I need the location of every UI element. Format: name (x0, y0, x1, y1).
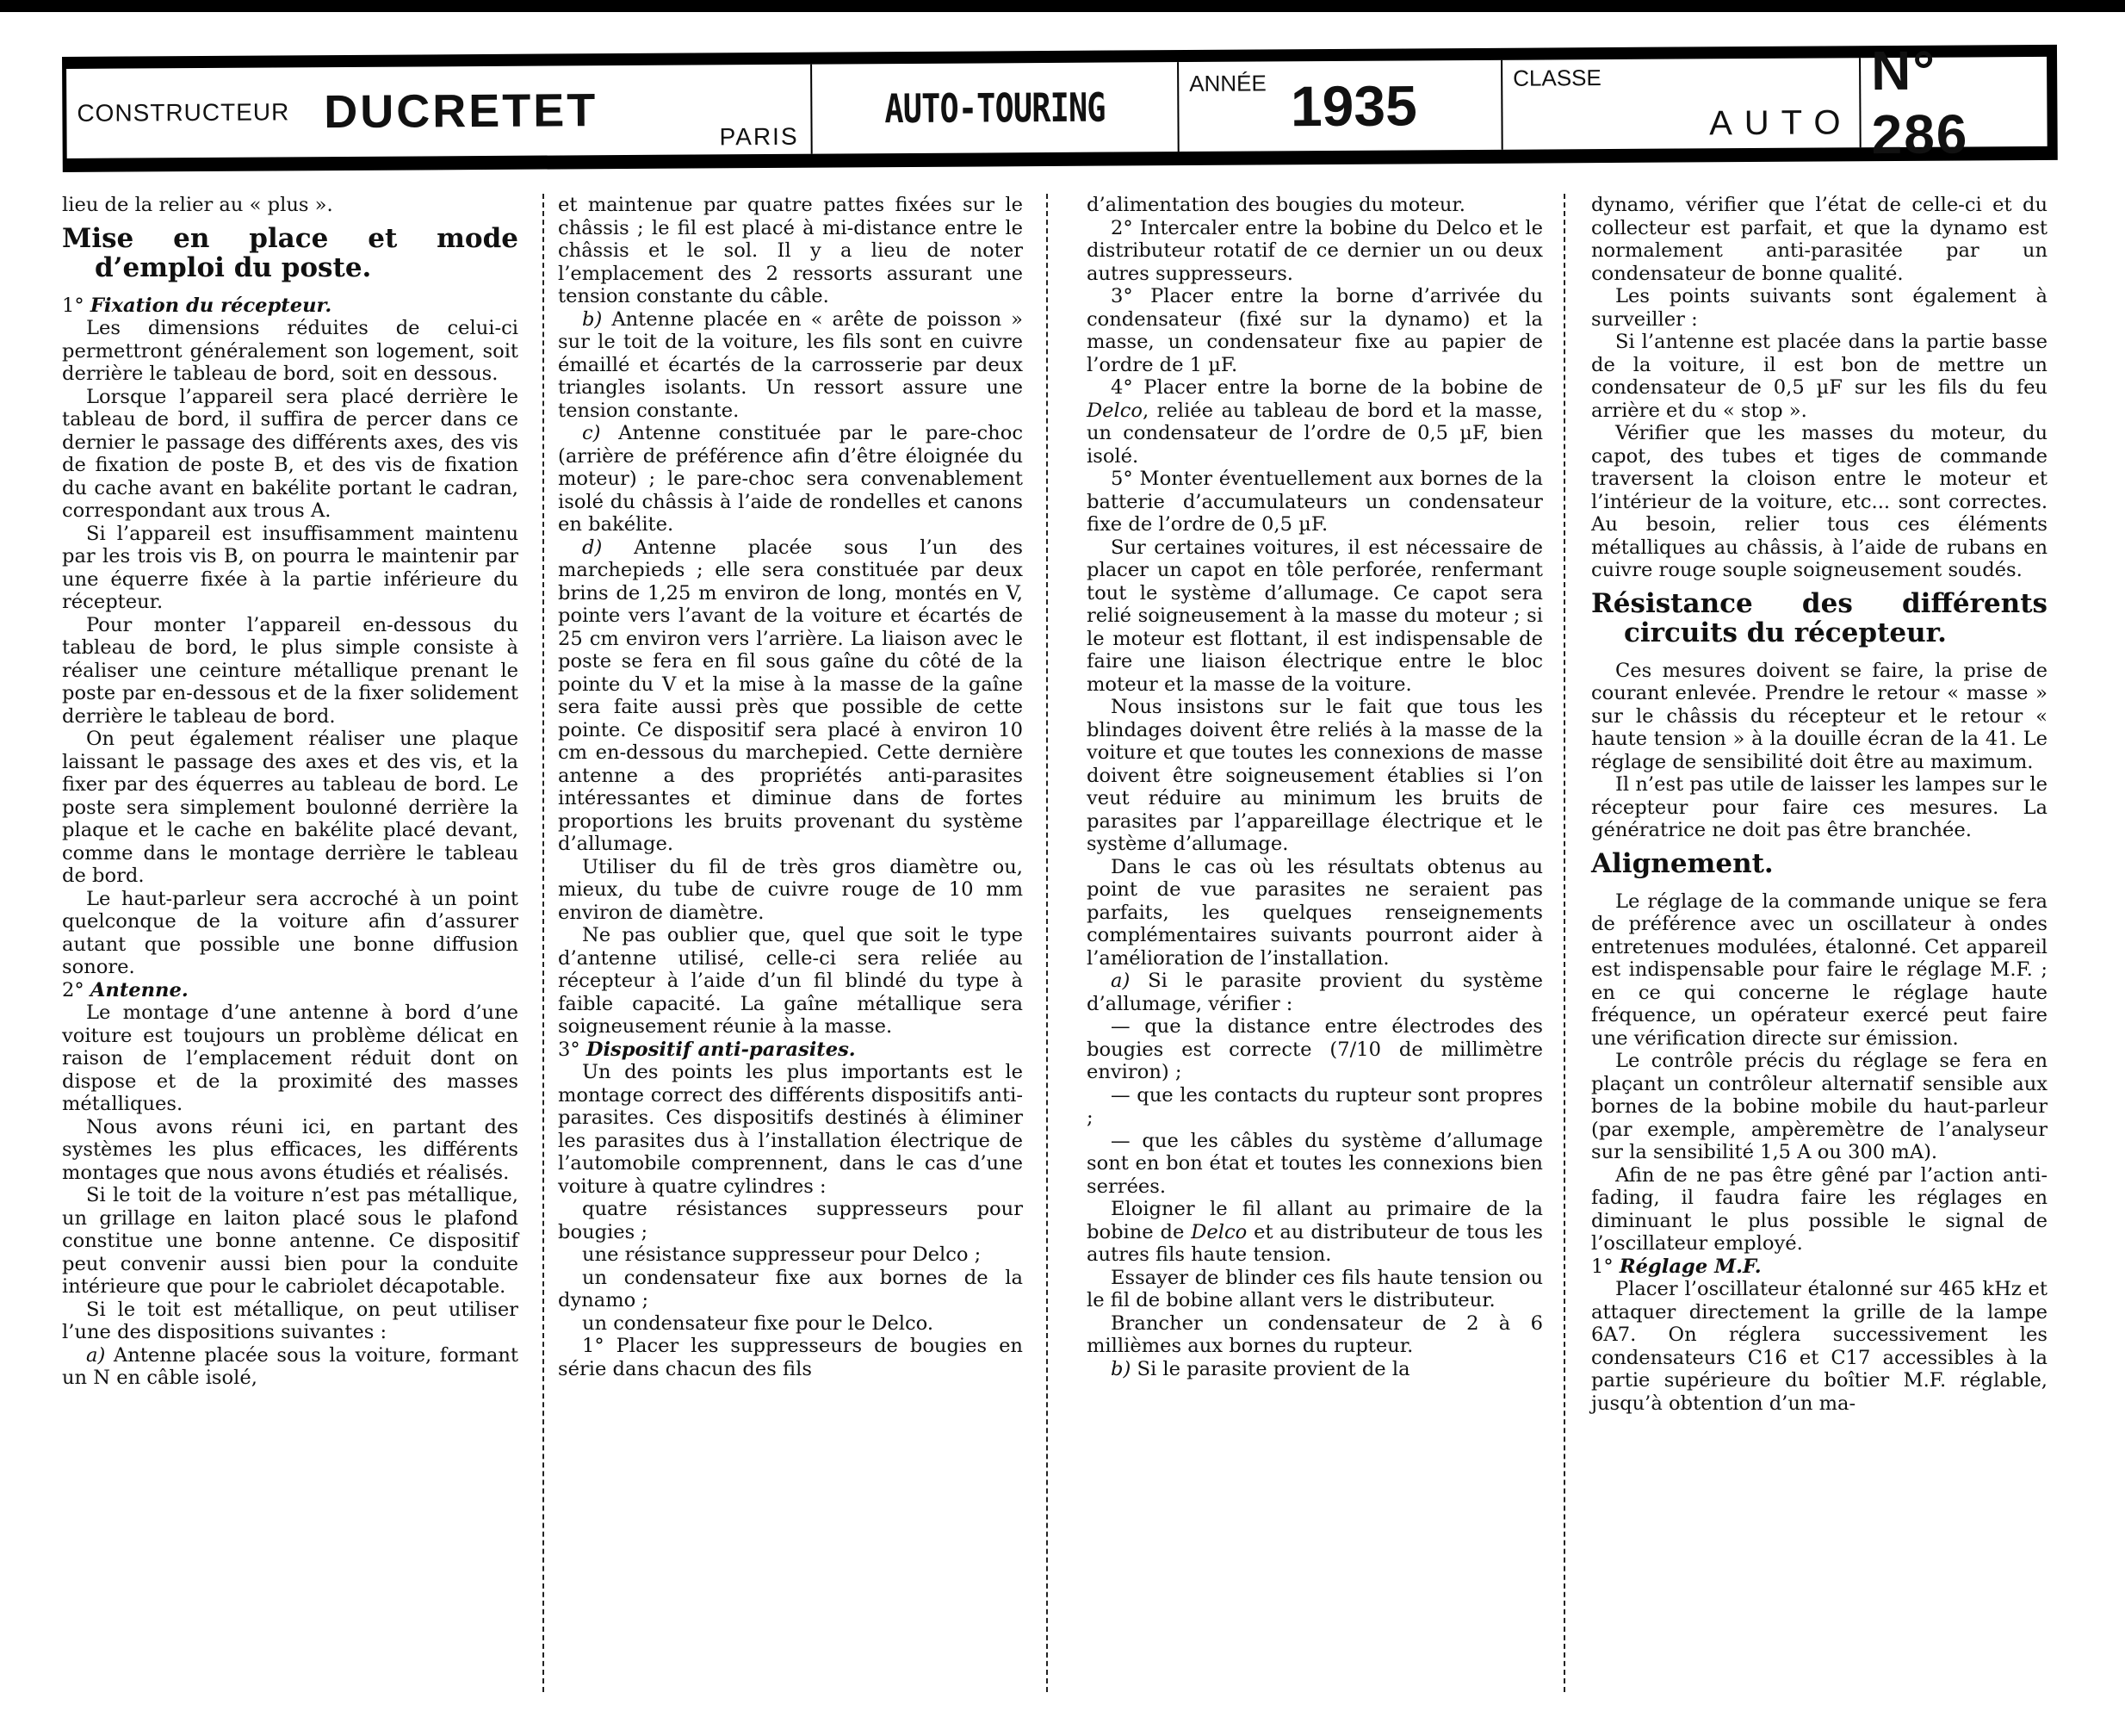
subsection-title: 1° Réglage M.F. (1591, 1255, 2048, 1279)
section-heading-mise-en-place: Mise en place et mode d’emploi du poste. (62, 224, 518, 282)
paragraph: Brancher un condensateur de 2 à 6 milliè… (1087, 1312, 1543, 1358)
list-item: — que la distance entre électrodes des b… (1087, 1015, 1543, 1084)
document-number: N° 286 (1871, 38, 2037, 166)
top-border (0, 0, 2125, 12)
column-3: d’alimentation des bougies du moteur. 2°… (1087, 194, 1543, 1380)
annee-label: ANNÉE (1189, 70, 1267, 97)
paragraph: Le réglage de la commande unique se fera… (1591, 890, 2048, 1051)
paragraph: Utiliser du fil de très gros diamètre ou… (558, 856, 1023, 925)
document-header: CONSTRUCTEUR DUCRETET PARIS AUTO-TOURING… (62, 45, 2058, 172)
section-heading-alignement: Alignement. (1591, 849, 2048, 878)
paragraph: 1° Placer les suppresseurs de bougies en… (558, 1335, 1023, 1380)
paragraph: 5° Monter éventuellement aux bornes de l… (1087, 468, 1543, 536)
model-name: AUTO-TOURING (884, 84, 1106, 133)
list-item: un condensateur fixe aux bornes de la dy… (558, 1267, 1023, 1312)
classe-label: CLASSE (1513, 65, 1601, 92)
paragraph: Il n’est pas utile de laisser les lampes… (1591, 773, 2048, 842)
paragraph: a) Si le parasite provient du système d’… (1087, 970, 1543, 1015)
paragraph: Sur certaines voitures, il est nécessair… (1087, 536, 1543, 697)
year-value: 1935 (1291, 72, 1417, 139)
column-1: lieu de la relier au « plus ». Mise en p… (62, 194, 518, 1390)
constructeur-label: CONSTRUCTEUR (77, 98, 289, 127)
paragraph: Placer l’oscillateur étalonné sur 465 kH… (1591, 1278, 2048, 1415)
paragraph: 2° Intercaler entre la bobine du Delco e… (1087, 217, 1543, 286)
paragraph: Le haut-parleur sera accroché à un point… (62, 888, 518, 979)
paragraph: Vérifier que les masses du moteur, du ca… (1591, 422, 2048, 582)
paragraph: Dans le cas où les résultats obtenus au … (1087, 856, 1543, 970)
paragraph: Ne pas oublier que, quel que soit le typ… (558, 924, 1023, 1038)
list-item: un condensateur fixe pour le Delco. (558, 1312, 1023, 1336)
brand-name: DUCRETET (324, 84, 598, 139)
column-divider (1564, 194, 1565, 1692)
paragraph: dynamo, vérifier que l’état de celle-ci … (1591, 194, 2048, 285)
paragraph: Le contrôle précis du réglage se fera en… (1591, 1050, 2048, 1164)
paragraph: Lorsque l’appareil sera placé derrière l… (62, 386, 518, 523)
paragraph: d’alimentation des bougies du moteur. (1087, 194, 1543, 217)
paragraph: a) Antenne placée sous la voiture, forma… (62, 1344, 518, 1390)
paragraph: Un des points les plus importants est le… (558, 1061, 1023, 1198)
paragraph: Afin de ne pas être gêné par l’action an… (1591, 1164, 2048, 1255)
subsection-title: 2° Antenne. (62, 979, 518, 1002)
paragraph: Si l’appareil est insuffisamment mainten… (62, 523, 518, 614)
paragraph: Les points suivants sont également à sur… (1591, 285, 2048, 331)
paragraph: Pour monter l’appareil en-dessous du tab… (62, 614, 518, 728)
article-body: lieu de la relier au « plus ». Mise en p… (60, 194, 2058, 1709)
column-2: et maintenue par quatre pattes fixées su… (558, 194, 1023, 1380)
paragraph: Si le toit de la voiture n’est pas métal… (62, 1184, 518, 1299)
paragraph: d) Antenne placée sous l’un des marchepi… (558, 536, 1023, 856)
paragraph: et maintenue par quatre pattes fixées su… (558, 194, 1023, 308)
paragraph: Essayer de blinder ces fils haute tensio… (1087, 1267, 1543, 1312)
list-item: — que les câbles du système d’allumage s… (1087, 1130, 1543, 1199)
subsection-title: 3° Dispositif anti-parasites. (558, 1038, 1023, 1062)
classe-value: AUTO (1709, 103, 1853, 143)
paragraph: 4° Placer entre la borne de la bobine de… (1087, 376, 1543, 468)
list-item: une résistance suppresseur pour Delco ; (558, 1243, 1023, 1267)
column-divider (1046, 194, 1048, 1692)
paragraph: Les dimensions réduites de celui-ci perm… (62, 317, 518, 386)
paragraph: b) Si le parasite provient de la (1087, 1358, 1543, 1381)
year-cell: ANNÉE 1935 (1179, 60, 1503, 152)
paragraph: On peut également réaliser une plaque la… (62, 728, 518, 888)
class-cell: CLASSE AUTO (1502, 58, 1862, 150)
paragraph: Si le toit est métallique, on peut utili… (62, 1299, 518, 1344)
section-heading-resistance: Résistance des différents circuits du ré… (1591, 589, 2048, 648)
paragraph: Si l’antenne est placée dans la partie b… (1591, 331, 2048, 422)
paragraph: lieu de la relier au « plus ». (62, 194, 518, 217)
paragraph: Ces mesures doivent se faire, la prise d… (1591, 660, 2048, 774)
model-cell: AUTO-TOURING (812, 62, 1180, 154)
paragraph: c) Antenne constituée par le pare-choc (… (558, 422, 1023, 536)
manufacturer-cell: CONSTRUCTEUR DUCRETET PARIS (66, 65, 813, 158)
column-divider (542, 194, 544, 1692)
paragraph: b) Antenne placée en « arête de poisson … (558, 308, 1023, 423)
paragraph: Le montage d’une antenne à bord d’une vo… (62, 1001, 518, 1116)
paragraph: Eloigner le fil allant au primaire de la… (1087, 1198, 1543, 1267)
paragraph: Nous avons réuni ici, en partant des sys… (62, 1116, 518, 1185)
paragraph: Nous insistons sur le fait que tous les … (1087, 696, 1543, 856)
subsection-title: 1° Fixation du récepteur. (62, 294, 518, 318)
list-item: quatre résistances suppresseurs pour bou… (558, 1198, 1023, 1243)
number-cell: N° 286 (1861, 57, 2048, 147)
city-label: PARIS (720, 123, 799, 152)
paragraph: 3° Placer entre la borne d’arrivée du co… (1087, 285, 1543, 376)
column-4: dynamo, vérifier que l’état de celle-ci … (1591, 194, 2048, 1415)
list-item: — que les contacts du rupteur sont propr… (1087, 1084, 1543, 1130)
